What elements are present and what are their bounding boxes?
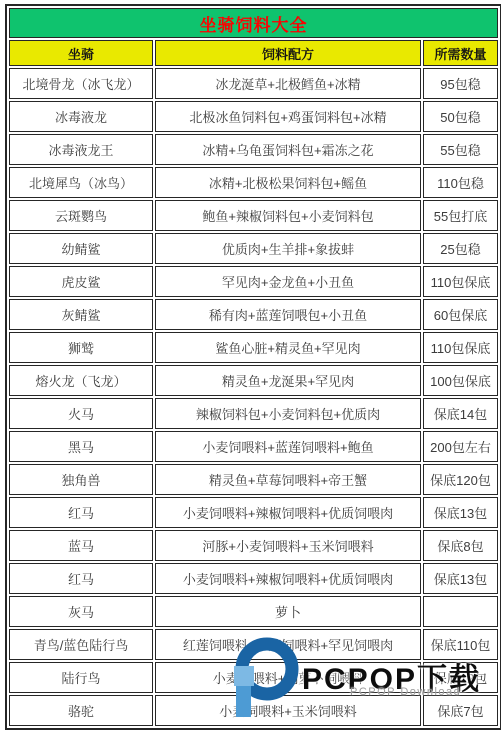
recipe-cell: 冰精+乌龟蛋饲料包+霜冻之花 [155,134,421,165]
table-row: 黑马 小麦饲喂料+蓝莲饲喂料+鲍鱼 200包左右 [9,431,498,462]
recipe-cell: 小麦饲喂料+胡萝卜饲喂料 [155,662,421,693]
recipe-cell: 小麦饲喂料+辣椒饲喂料+优质饲喂肉 [155,497,421,528]
mount-cell: 冰毒液龙王 [9,134,153,165]
quantity-cell: 保底7包 [423,695,498,726]
table-row: 幼鲭鲨 优质肉+生羊排+象拔蚌 25包稳 [9,233,498,264]
recipe-cell: 萝卜 [155,596,421,627]
mount-cell: 红马 [9,563,153,594]
quantity-cell: 110包保底 [423,332,498,363]
recipe-cell: 河豚+小麦饲喂料+玉米饲喂料 [155,530,421,561]
table-row: 红马 小麦饲喂料+辣椒饲喂料+优质饲喂肉 保底13包 [9,497,498,528]
mount-cell: 独角兽 [9,464,153,495]
recipe-cell: 稀有肉+蓝莲饲喂包+小丑鱼 [155,299,421,330]
mount-cell: 北境犀鸟（冰鸟） [9,167,153,198]
recipe-cell: 精灵鱼+草莓饲喂料+帝王蟹 [155,464,421,495]
quantity-cell: 200包左右 [423,431,498,462]
quantity-cell: 60包保底 [423,299,498,330]
recipe-cell: 冰龙涎草+北极鳕鱼+冰精 [155,68,421,99]
quantity-cell: 保底12包 [423,662,498,693]
recipe-cell: 小麦饲喂料+蓝莲饲喂料+鲍鱼 [155,431,421,462]
table-row: 冰毒液龙 北极冰鱼饲料包+鸡蛋饲料包+冰精 50包稳 [9,101,498,132]
recipe-cell: 优质肉+生羊排+象拔蚌 [155,233,421,264]
quantity-cell: 保底13包 [423,497,498,528]
mount-cell: 火马 [9,398,153,429]
table-row: 骆驼 小麦饲喂料+玉米饲喂料 保底7包 [9,695,498,726]
quantity-cell: 25包稳 [423,233,498,264]
recipe-cell: 小麦饲喂料+辣椒饲喂料+优质饲喂肉 [155,563,421,594]
mount-cell: 陆行鸟 [9,662,153,693]
table-row: 狮鹫 鲨鱼心脏+精灵鱼+罕见肉 110包保底 [9,332,498,363]
table-row: 灰马 萝卜 [9,596,498,627]
recipe-cell: 精灵鱼+龙涎果+罕见肉 [155,365,421,396]
quantity-cell [423,596,498,627]
recipe-cell: 辣椒饲料包+小麦饲料包+优质肉 [155,398,421,429]
mount-cell: 蓝马 [9,530,153,561]
mount-cell: 冰毒液龙 [9,101,153,132]
recipe-cell: 鲍鱼+辣椒饲料包+小麦饲料包 [155,200,421,231]
quantity-cell: 55包打底 [423,200,498,231]
mount-cell: 灰马 [9,596,153,627]
mount-cell: 青鸟/蓝色陆行鸟 [9,629,153,660]
quantity-cell: 55包稳 [423,134,498,165]
quantity-cell: 100包保底 [423,365,498,396]
recipe-cell: 小麦饲喂料+玉米饲喂料 [155,695,421,726]
table-header-row: 坐骑 饲料配方 所需数量 [9,40,498,66]
mount-cell: 骆驼 [9,695,153,726]
quantity-cell: 110包保底 [423,266,498,297]
table-row: 蓝马 河豚+小麦饲喂料+玉米饲喂料 保底8包 [9,530,498,561]
mount-cell: 狮鹫 [9,332,153,363]
mount-cell: 灰鲭鲨 [9,299,153,330]
table-row: 虎皮鲨 罕见肉+金龙鱼+小丑鱼 110包保底 [9,266,498,297]
table-row: 北境骨龙（冰飞龙） 冰龙涎草+北极鳕鱼+冰精 95包稳 [9,68,498,99]
column-header-quantity: 所需数量 [423,40,498,66]
quantity-cell: 50包稳 [423,101,498,132]
table-row: 独角兽 精灵鱼+草莓饲喂料+帝王蟹 保底120包 [9,464,498,495]
quantity-cell: 保底120包 [423,464,498,495]
recipe-cell: 红莲饲喂料+蓝莲饲喂料+罕见饲喂肉 [155,629,421,660]
mount-feed-table: 坐骑饲料大全 坐骑 饲料配方 所需数量 北境骨龙（冰飞龙） 冰龙涎草+北极鳕鱼+… [5,4,501,730]
quantity-cell: 保底110包 [423,629,498,660]
table-row: 灰鲭鲨 稀有肉+蓝莲饲喂包+小丑鱼 60包保底 [9,299,498,330]
mount-cell: 红马 [9,497,153,528]
mount-cell: 北境骨龙（冰飞龙） [9,68,153,99]
table-row: 火马 辣椒饲料包+小麦饲料包+优质肉 保底14包 [9,398,498,429]
table-row: 云斑鹦鸟 鲍鱼+辣椒饲料包+小麦饲料包 55包打底 [9,200,498,231]
quantity-cell: 保底14包 [423,398,498,429]
recipe-cell: 罕见肉+金龙鱼+小丑鱼 [155,266,421,297]
quantity-cell: 95包稳 [423,68,498,99]
recipe-cell: 北极冰鱼饲料包+鸡蛋饲料包+冰精 [155,101,421,132]
mount-cell: 黑马 [9,431,153,462]
table-title: 坐骑饲料大全 [9,8,498,38]
mount-cell: 幼鲭鲨 [9,233,153,264]
recipe-cell: 冰精+北极松果饲料包+鳐鱼 [155,167,421,198]
table-row: 青鸟/蓝色陆行鸟 红莲饲喂料+蓝莲饲喂料+罕见饲喂肉 保底110包 [9,629,498,660]
table-row: 陆行鸟 小麦饲喂料+胡萝卜饲喂料 保底12包 [9,662,498,693]
table-row: 冰毒液龙王 冰精+乌龟蛋饲料包+霜冻之花 55包稳 [9,134,498,165]
mount-cell: 虎皮鲨 [9,266,153,297]
quantity-cell: 保底8包 [423,530,498,561]
mount-cell: 熔火龙（飞龙） [9,365,153,396]
table-row: 北境犀鸟（冰鸟） 冰精+北极松果饲料包+鳐鱼 110包稳 [9,167,498,198]
quantity-cell: 110包稳 [423,167,498,198]
quantity-cell: 保底13包 [423,563,498,594]
column-header-mount: 坐骑 [9,40,153,66]
table-row: 红马 小麦饲喂料+辣椒饲喂料+优质饲喂肉 保底13包 [9,563,498,594]
mount-cell: 云斑鹦鸟 [9,200,153,231]
table-title-row: 坐骑饲料大全 [9,8,498,38]
table-row: 熔火龙（飞龙） 精灵鱼+龙涎果+罕见肉 100包保底 [9,365,498,396]
column-header-recipe: 饲料配方 [155,40,421,66]
recipe-cell: 鲨鱼心脏+精灵鱼+罕见肉 [155,332,421,363]
